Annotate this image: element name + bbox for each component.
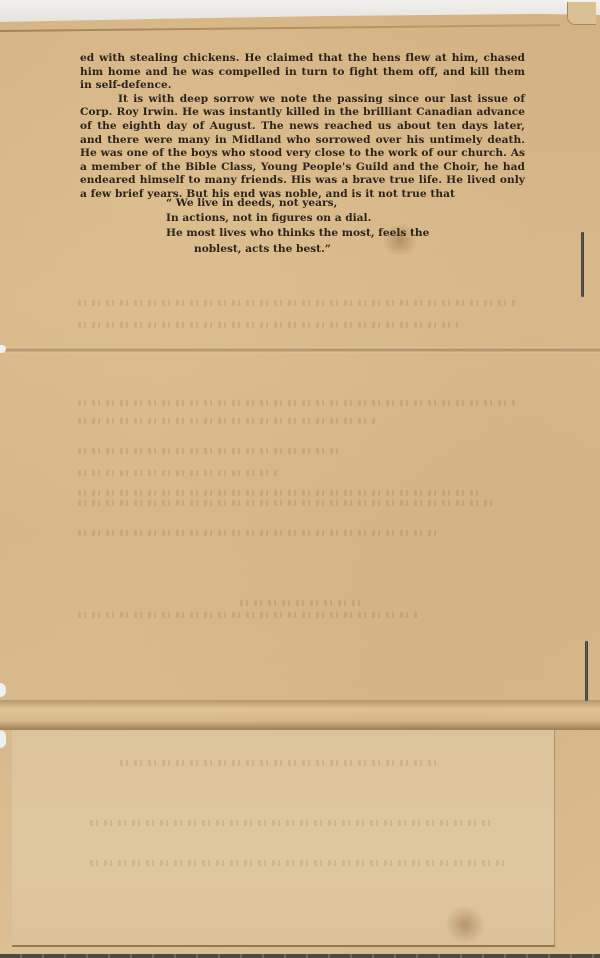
horizontal-fold-upper: [0, 347, 600, 353]
paragraph-chickens: ed with stealing chickens. He claimed th…: [80, 52, 525, 93]
paragraph-obituary: It is with deep sorrow we note the passi…: [80, 93, 525, 202]
poem-line: He most lives who thinks the most, feels…: [166, 226, 429, 241]
bleed-through-text: [78, 448, 338, 454]
bleed-through-text: [120, 760, 440, 766]
poem-line: noblest, acts the best.”: [166, 242, 429, 257]
bleed-through-text: [78, 300, 518, 306]
bleed-through-text: [78, 530, 438, 536]
bleed-through-text: [78, 400, 518, 406]
bleed-through-text: [90, 820, 490, 826]
poem-line: In actions, not in figures on a dial.: [166, 211, 429, 226]
article-text: ed with stealing chickens. He claimed th…: [80, 52, 525, 202]
stain: [445, 905, 485, 945]
bleed-through-text: [90, 860, 510, 866]
bleed-through-text: [78, 500, 498, 506]
bleed-through-text: [78, 612, 418, 618]
folded-corner: [567, 2, 596, 25]
bleed-through-text: [78, 418, 378, 424]
bleed-through-text: [78, 470, 278, 476]
poem-quote: “ We live in deeds, not years, In action…: [166, 196, 429, 257]
staple-upper: [581, 232, 584, 297]
scanner-edge: [0, 954, 600, 958]
poem-line: “ We live in deeds, not years,: [166, 196, 429, 211]
bleed-through-text: [78, 322, 458, 328]
horizontal-fold-lower: [0, 700, 600, 730]
staple-lower: [585, 641, 588, 701]
bleed-through-text: [78, 490, 478, 496]
bleed-through-text: [240, 600, 360, 606]
